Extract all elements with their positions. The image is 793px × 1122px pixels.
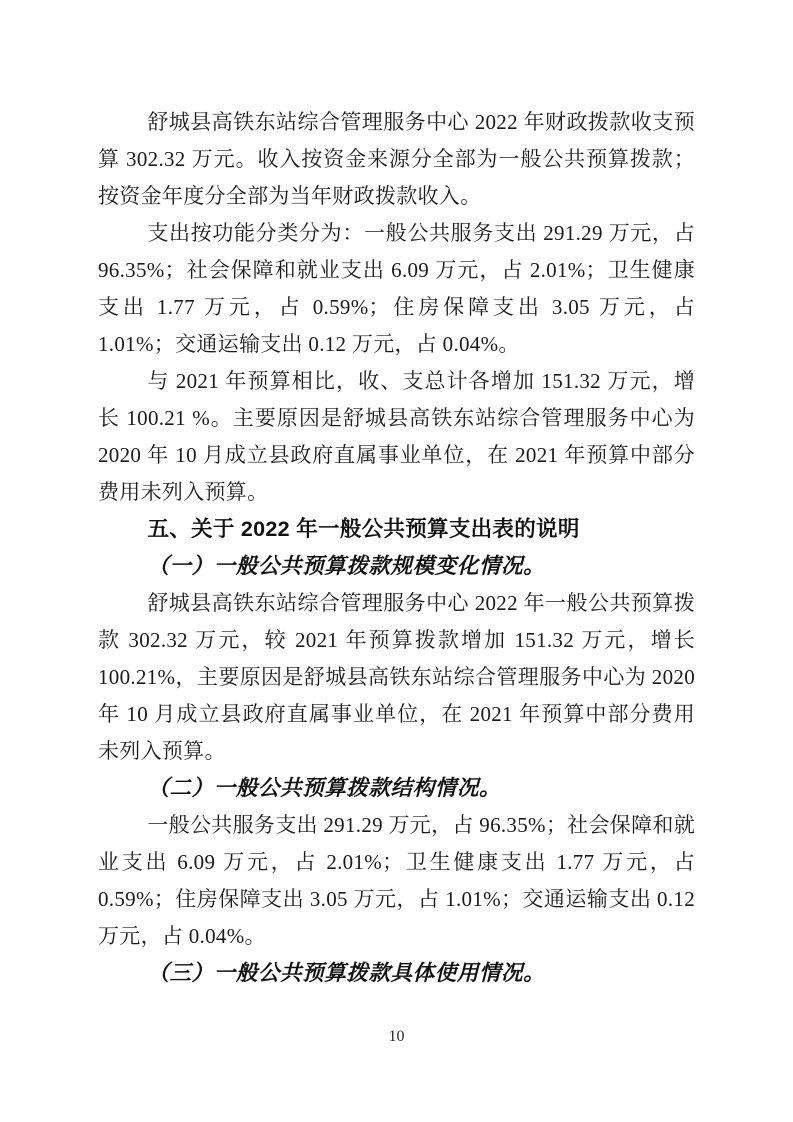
para-expenditure-by-function: 支出按功能分类分为：一般公共服务支出 291.29 万元，占 96.35%；社会… <box>98 215 695 363</box>
heading-subsection-three-usage: （三）一般公共预算拨款具体使用情况。 <box>98 955 695 992</box>
document-content: 舒城县高铁东站综合管理服务中心 2022 年财政拨款收支预算 302.32 万元… <box>98 104 695 992</box>
para-fiscal-appropriation-overview: 舒城县高铁东站综合管理服务中心 2022 年财政拨款收支预算 302.32 万元… <box>98 104 695 215</box>
para-comparison-with-2021: 与 2021 年预算相比，收、支总计各增加 151.32 万元，增长 100.2… <box>98 363 695 511</box>
document-page: 舒城县高铁东站综合管理服务中心 2022 年财政拨款收支预算 302.32 万元… <box>0 0 793 1122</box>
heading-section-five: 五、关于 2022 年一般公共预算支出表的说明 <box>98 511 695 548</box>
heading-subsection-one-scale-change: （一）一般公共预算拨款规模变化情况。 <box>98 548 695 585</box>
heading-subsection-two-structure: （二）一般公共预算拨款结构情况。 <box>98 770 695 807</box>
para-general-budget-structure: 一般公共服务支出 291.29 万元，占 96.35%；社会保障和就业支出 6.… <box>98 807 695 955</box>
page-number: 10 <box>0 1026 793 1048</box>
para-general-budget-scale: 舒城县高铁东站综合管理服务中心 2022 年一般公共预算拨款 302.32 万元… <box>98 585 695 770</box>
